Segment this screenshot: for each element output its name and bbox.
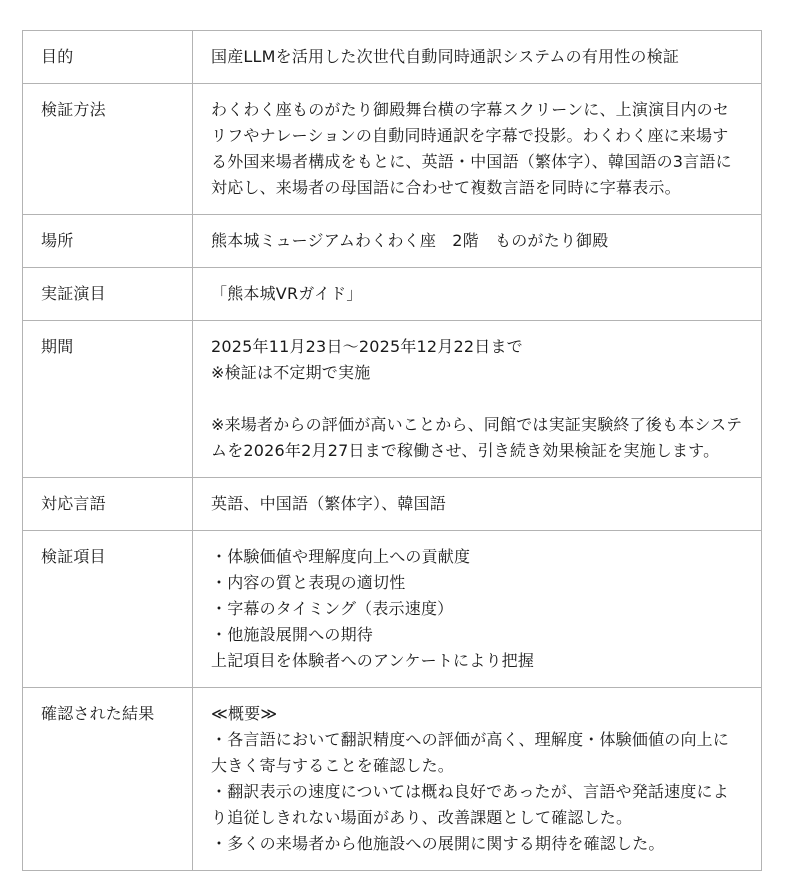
- row-label: 対応言語: [41, 491, 182, 517]
- table-row: 場所熊本城ミュージアムわくわく座 2階 ものがたり御殿: [23, 215, 761, 268]
- content-line: ・字幕のタイミング（表示速度）: [211, 596, 743, 622]
- row-label: 場所: [41, 228, 182, 254]
- table-row: 目的国産LLMを活用した次世代自動同時通訳システムの有用性の検証: [23, 31, 761, 84]
- row-label: 実証演目: [41, 281, 182, 307]
- content-line: ・他施設展開への期待: [211, 622, 743, 648]
- content-line: 熊本城ミュージアムわくわく座 2階 ものがたり御殿: [211, 228, 743, 254]
- table-row: 確認された結果≪概要≫・各言語において翻訳精度への評価が高く、理解度・体験価値の…: [23, 688, 761, 870]
- content-line: ・多くの来場者から他施設への展開に関する期待を確認した。: [211, 831, 743, 857]
- row-label-cell: 場所: [23, 215, 193, 267]
- row-label-cell: 確認された結果: [23, 688, 193, 870]
- row-content-cell: ≪概要≫・各言語において翻訳精度への評価が高く、理解度・体験価値の向上に大きく寄…: [193, 688, 761, 870]
- row-content-cell: 英語、中国語（繁体字）、韓国語: [193, 478, 761, 530]
- content-line: 上記項目を体験者へのアンケートにより把握: [211, 648, 743, 674]
- content-line: ・体験価値や理解度向上への貢献度: [211, 544, 743, 570]
- table-row: 対応言語英語、中国語（繁体字）、韓国語: [23, 478, 761, 531]
- content-line: 「熊本城VRガイド」: [211, 281, 743, 307]
- row-content-cell: 熊本城ミュージアムわくわく座 2階 ものがたり御殿: [193, 215, 761, 267]
- row-label-cell: 目的: [23, 31, 193, 83]
- table-row: 検証方法わくわく座ものがたり御殿舞台横の字幕スクリーンに、上演演目内のセリフやナ…: [23, 84, 761, 215]
- table-row: 期間2025年11月23日～2025年12月22日まで※検証は不定期で実施※来場…: [23, 321, 761, 478]
- row-label-cell: 期間: [23, 321, 193, 477]
- content-line: ※検証は不定期で実施: [211, 360, 743, 386]
- content-line: [211, 386, 743, 412]
- table-row: 検証項目・体験価値や理解度向上への貢献度・内容の質と表現の適切性・字幕のタイミン…: [23, 531, 761, 688]
- row-label-cell: 検証項目: [23, 531, 193, 687]
- content-line: わくわく座ものがたり御殿舞台横の字幕スクリーンに、上演演目内のセリフやナレーショ…: [211, 97, 743, 201]
- content-line: ・翻訳表示の速度については概ね良好であったが、言語や発話速度により追従しきれない…: [211, 779, 743, 831]
- content-line: ≪概要≫: [211, 701, 743, 727]
- content-line: 英語、中国語（繁体字）、韓国語: [211, 491, 743, 517]
- verification-spec-table: 目的国産LLMを活用した次世代自動同時通訳システムの有用性の検証検証方法わくわく…: [22, 30, 762, 871]
- content-line: 2025年11月23日～2025年12月22日まで: [211, 334, 743, 360]
- content-line: ※来場者からの評価が高いことから、同館では実証実験終了後も本システムを2026年…: [211, 412, 743, 464]
- row-label: 検証項目: [41, 544, 182, 570]
- row-label-cell: 検証方法: [23, 84, 193, 214]
- content-line: ・内容の質と表現の適切性: [211, 570, 743, 596]
- row-label: 期間: [41, 334, 182, 360]
- content-line: 国産LLMを活用した次世代自動同時通訳システムの有用性の検証: [211, 44, 743, 70]
- row-label: 検証方法: [41, 97, 182, 123]
- row-content-cell: 2025年11月23日～2025年12月22日まで※検証は不定期で実施※来場者か…: [193, 321, 761, 477]
- row-content-cell: 国産LLMを活用した次世代自動同時通訳システムの有用性の検証: [193, 31, 761, 83]
- row-label-cell: 実証演目: [23, 268, 193, 320]
- row-content-cell: ・体験価値や理解度向上への貢献度・内容の質と表現の適切性・字幕のタイミング（表示…: [193, 531, 761, 687]
- row-label-cell: 対応言語: [23, 478, 193, 530]
- row-label: 確認された結果: [41, 701, 182, 727]
- content-line: ・各言語において翻訳精度への評価が高く、理解度・体験価値の向上に大きく寄与するこ…: [211, 727, 743, 779]
- row-content-cell: 「熊本城VRガイド」: [193, 268, 761, 320]
- row-content-cell: わくわく座ものがたり御殿舞台横の字幕スクリーンに、上演演目内のセリフやナレーショ…: [193, 84, 761, 214]
- row-label: 目的: [41, 44, 182, 70]
- table-row: 実証演目「熊本城VRガイド」: [23, 268, 761, 321]
